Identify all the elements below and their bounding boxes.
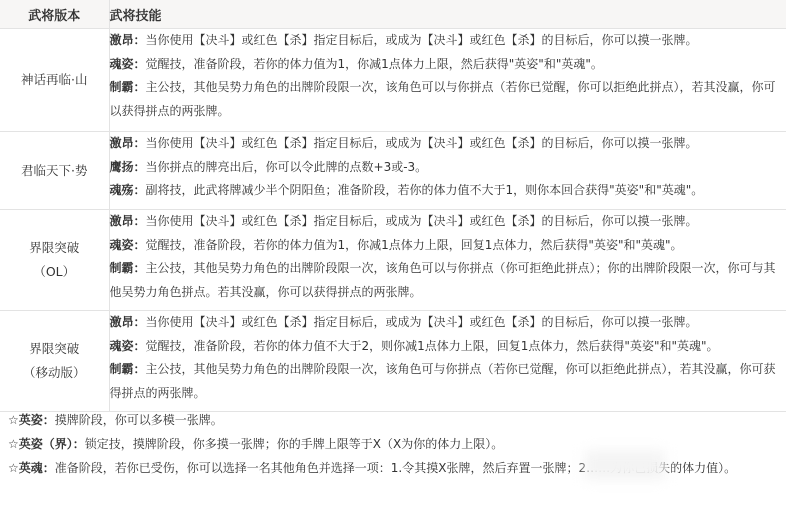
version-cell: 界限突破 （移动版） — [0, 311, 109, 412]
table-row: 界限突破 （OL） 激昂：当你使用【决斗】或红色【杀】指定目标后，或成为【决斗】… — [0, 210, 786, 311]
footnote-name: ☆英姿（界）： — [8, 437, 85, 451]
skill-entry: 制霸：主公技，其他吴势力角色的出牌阶段限一次，该角色可与你拼点（若你已觉醒，你可… — [110, 358, 786, 405]
header-version: 武将版本 — [0, 0, 109, 29]
skill-text: 当你使用【决斗】或红色【杀】指定目标后，或成为【决斗】或红色【杀】的目标后，你可… — [146, 214, 698, 228]
skill-entry: 激昂：当你使用【决斗】或红色【杀】指定目标后，或成为【决斗】或红色【杀】的目标后… — [110, 132, 786, 156]
skill-name: 激昂： — [110, 315, 146, 329]
skill-text: 当你使用【决斗】或红色【杀】指定目标后，或成为【决斗】或红色【杀】的目标后，你可… — [146, 315, 698, 329]
skill-text: 觉醒技，准备阶段，若你的体力值不大于2，则你减1点体力上限，回复1点体力，然后获… — [146, 339, 719, 353]
blurred-region — [585, 450, 665, 480]
skill-name: 激昂： — [110, 214, 146, 228]
skill-name: 制霸： — [110, 80, 146, 94]
page: 武将版本 武将技能 神话再临·山 激昂：当你使用【决斗】或红色【杀】指定目标后，… — [0, 0, 786, 507]
skill-entry: 制霸：主公技，其他吴势力角色的出牌阶段限一次，该角色可以与你拼点（若你已觉醒，你… — [110, 76, 786, 123]
skills-cell: 激昂：当你使用【决斗】或红色【杀】指定目标后，或成为【决斗】或红色【杀】的目标后… — [109, 29, 786, 132]
skill-entry: 激昂：当你使用【决斗】或红色【杀】指定目标后，或成为【决斗】或红色【杀】的目标后… — [110, 29, 786, 53]
skill-text: 主公技，其他吴势力角色的出牌阶段限一次，该角色可与你拼点（若你已觉醒，你可以拒绝… — [110, 362, 776, 400]
skill-entry: 魂姿：觉醒技，准备阶段，若你的体力值为1，你减1点体力上限，回复1点体力，然后获… — [110, 234, 786, 258]
version-label: 界限突破 — [0, 236, 109, 260]
skills-table: 武将版本 武将技能 神话再临·山 激昂：当你使用【决斗】或红色【杀】指定目标后，… — [0, 0, 786, 412]
version-sublabel: （移动版） — [0, 361, 109, 385]
skills-cell: 激昂：当你使用【决斗】或红色【杀】指定目标后，或成为【决斗】或红色【杀】的目标后… — [109, 311, 786, 412]
version-cell: 君临天下·势 — [0, 132, 109, 210]
skill-text: 当你使用【决斗】或红色【杀】指定目标后，或成为【决斗】或红色【杀】的目标后，你可… — [146, 33, 698, 47]
skill-text: 主公技，其他吴势力角色的出牌阶段限一次，该角色可以与你拼点（你可拒绝此拼点）；你… — [110, 261, 776, 299]
skill-name: 激昂： — [110, 33, 146, 47]
skill-text: 觉醒技，准备阶段，若你的体力值为1，你减1点体力上限，回复1点体力，然后获得"英… — [146, 238, 683, 252]
skill-text: 当你使用【决斗】或红色【杀】指定目标后，或成为【决斗】或红色【杀】的目标后，你可… — [146, 136, 698, 150]
skill-entry: 鹰扬：当你拼点的牌亮出后，你可以令此牌的点数+3或-3。 — [110, 156, 786, 180]
header-skills: 武将技能 — [109, 0, 786, 29]
skill-text: 觉醒技，准备阶段，若你的体力值为1，你减1点体力上限，然后获得"英姿"和"英魂"… — [146, 57, 603, 71]
skill-entry: 制霸：主公技，其他吴势力角色的出牌阶段限一次，该角色可以与你拼点（你可拒绝此拼点… — [110, 257, 786, 304]
skill-name: 魂姿： — [110, 238, 146, 252]
footnote-text: 锁定技，摸牌阶段，你多摸一张牌；你的手牌上限等于X（X为你的体力上限）。 — [85, 437, 503, 451]
footnote-name: ☆英姿： — [8, 413, 55, 427]
skills-cell: 激昂：当你使用【决斗】或红色【杀】指定目标后，或成为【决斗】或红色【杀】的目标后… — [109, 132, 786, 210]
skill-text: 当你拼点的牌亮出后，你可以令此牌的点数+3或-3。 — [146, 160, 428, 174]
skill-name: 激昂： — [110, 136, 146, 150]
skill-entry: 激昂：当你使用【决斗】或红色【杀】指定目标后，或成为【决斗】或红色【杀】的目标后… — [110, 210, 786, 234]
table-row: 界限突破 （移动版） 激昂：当你使用【决斗】或红色【杀】指定目标后，或成为【决斗… — [0, 311, 786, 412]
skills-cell: 激昂：当你使用【决斗】或红色【杀】指定目标后，或成为【决斗】或红色【杀】的目标后… — [109, 210, 786, 311]
skill-name: 制霸： — [110, 362, 146, 376]
skill-name: 制霸： — [110, 261, 146, 275]
skill-entry: 魂姿：觉醒技，准备阶段，若你的体力值为1，你减1点体力上限，然后获得"英姿"和"… — [110, 53, 786, 77]
version-label: 界限突破 — [0, 337, 109, 361]
version-cell: 神话再临·山 — [0, 29, 109, 132]
footnote-name: ☆英魂： — [8, 461, 55, 475]
skill-text: 副将技，此武将牌减少半个阴阳鱼；准备阶段，若你的体力值不大于1，则你本回合获得"… — [146, 183, 704, 197]
skill-name: 魂姿： — [110, 57, 146, 71]
skill-entry: 魂姿：觉醒技，准备阶段，若你的体力值不大于2，则你减1点体力上限，回复1点体力，… — [110, 335, 786, 359]
table-row: 君临天下·势 激昂：当你使用【决斗】或红色【杀】指定目标后，或成为【决斗】或红色… — [0, 132, 786, 210]
table-header-row: 武将版本 武将技能 — [0, 0, 786, 29]
skill-text: 主公技，其他吴势力角色的出牌阶段限一次，该角色可以与你拼点（若你已觉醒，你可以拒… — [110, 80, 776, 118]
skill-entry: 魂殇：副将技，此武将牌减少半个阴阳鱼；准备阶段，若你的体力值不大于1，则你本回合… — [110, 179, 786, 203]
footnote-text: 摸牌阶段，你可以多模一张牌。 — [55, 413, 223, 427]
skill-name: 魂姿： — [110, 339, 146, 353]
skill-name: 魂殇： — [110, 183, 146, 197]
skill-entry: 激昂：当你使用【决斗】或红色【杀】指定目标后，或成为【决斗】或红色【杀】的目标后… — [110, 311, 786, 335]
version-label: 君临天下·势 — [0, 159, 109, 183]
table-row: 神话再临·山 激昂：当你使用【决斗】或红色【杀】指定目标后，或成为【决斗】或红色… — [0, 29, 786, 132]
version-cell: 界限突破 （OL） — [0, 210, 109, 311]
version-label: 神话再临·山 — [0, 68, 109, 92]
footnote: ☆英姿：摸牌阶段，你可以多模一张牌。 — [8, 408, 778, 432]
skill-name: 鹰扬： — [110, 160, 146, 174]
version-sublabel: （OL） — [0, 260, 109, 284]
